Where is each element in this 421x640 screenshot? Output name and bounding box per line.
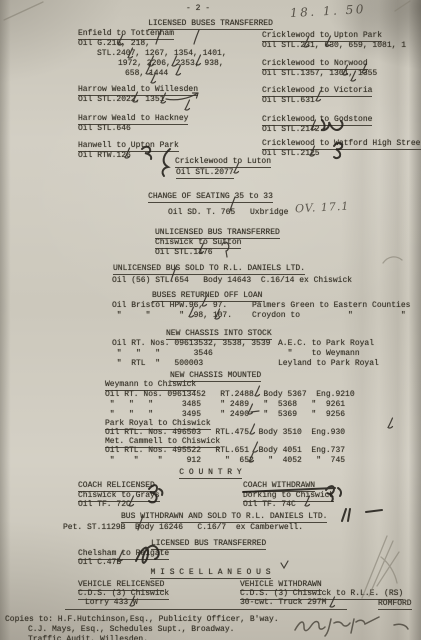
section-heading: C O U N T R Y <box>179 468 241 479</box>
seating-garage: Uxbridge <box>250 208 288 217</box>
section-miscellaneous: M I S C E L L A N E O U S <box>0 568 421 579</box>
loan-row-destination: Croydon to " " <box>252 311 406 320</box>
route-heading: Harrow Weald to Hackney <box>78 114 188 125</box>
section-licensed-buses-transferred: LICENSED BUSES TRANSFERRED <box>0 19 421 30</box>
fleet-numbers: Oil STL.1176 <box>155 248 213 257</box>
mounted-row: Oil RTL. Nos. 495522 RTL.651 Body 4051 E… <box>105 446 345 455</box>
footer-divider <box>65 609 347 610</box>
footer-copies-line: Copies to: H.F.Hutchinson,Esq., Publicit… <box>5 615 279 624</box>
handwritten-seating-note: OV. 17.1 <box>295 200 350 216</box>
section-heading: BUSES RETURNED OFF LOAN <box>152 291 262 302</box>
subsection-heading: COACH RELICENSED <box>78 481 155 492</box>
section-heading: LICENSED BUSES TRANSFERRED <box>148 19 273 30</box>
fleet-numbers: Oil STL.231, 630, 659, 1081, 1 <box>262 41 406 50</box>
loan-row-destination: Palmers Green to Eastern Counties <box>252 301 410 310</box>
mounted-row: " " " 3485 " 2489 " 5368 " 9261 <box>105 400 345 409</box>
fleet-numbers: Oil STL.2022, 1351 <box>78 95 164 104</box>
route-heading: Weymann to Chiswick <box>105 380 196 391</box>
fleet-numbers: Oil TF. 72C <box>78 500 131 509</box>
chassis-row-numbers: " " " 3546 <box>112 349 213 358</box>
section-heading: BUS WITHDRAWN AND SOLD TO R.L. DANIELS L… <box>121 512 327 523</box>
section-change-of-seating: CHANGE OF SEATING 35 to 33 <box>0 192 421 203</box>
mounted-row: " " " 912 " 652 " 4052 " 745 <box>105 456 345 465</box>
section-heading: M I S C E L L A N E O U S <box>150 568 270 579</box>
subsection-heading: COACH WITHDRAWN <box>243 481 315 492</box>
route-heading: Cricklewood to Watford High Street <box>262 139 421 150</box>
route-heading: Hanwell to Upton Park <box>78 141 179 152</box>
fleet-numbers: Oil STL.2172 <box>262 125 320 134</box>
footer-copies-line: Traffic Audit, Willesden. <box>28 635 148 640</box>
garage-name: ROMFORD <box>378 599 412 610</box>
section-buses-returned-off-loan: BUSES RETURNED OFF LOAN <box>152 291 262 300</box>
route-heading: Cricklewood to Upton Park <box>262 31 382 42</box>
page-number: - 2 - <box>168 4 228 13</box>
chassis-row-numbers: " RTL " 500003 <box>112 359 203 368</box>
vehicle-line: Lorry 433 W <box>85 598 138 607</box>
footer-copies-line: C.J. Mays, Esq., Schedules Supt., Broadw… <box>28 625 234 634</box>
mounted-row: Oil RT. Nos. 09613452 RT.2488 Body 5367 … <box>105 390 355 399</box>
route-heading: Cricklewood to Victoria <box>262 86 372 97</box>
document-page: - 2 - 18. 1. 50 LICENSED BUSES TRANSFERR… <box>0 0 421 640</box>
fleet-numbers: 1972, 2206, 2353, 938, <box>118 59 224 68</box>
route-heading: Cricklewood to Godstone <box>262 115 372 126</box>
fleet-numbers: Oil C.47B <box>78 558 121 567</box>
chassis-row-maker: Leyland to Park Royal <box>278 359 379 368</box>
mounted-row: " " " 3495 " 2490 " 5369 " 9256 <box>105 410 345 419</box>
route-heading: Chiswick to Sutton <box>155 238 241 249</box>
chassis-row-maker: A.E.C. to Park Royal <box>278 339 374 348</box>
fleet-numbers: Oil STL.2077 <box>176 168 234 179</box>
mounted-row: Oil RTL. Nos. 496503 RTL.475 Body 3510 E… <box>105 428 345 437</box>
section-heading: UNLICENSED BUS SOLD TO R.L. DANIELS LTD. <box>113 264 305 275</box>
handwritten-signature <box>295 617 408 636</box>
fleet-numbers: Oil G.216, 218, <box>78 39 150 48</box>
section-bus-withdrawn-sold: BUS WITHDRAWN AND SOLD TO R.L. DANIELS L… <box>121 512 327 521</box>
fleet-numbers: Oil STL.646 <box>78 124 131 133</box>
fleet-numbers: Oil STL.631 <box>262 96 315 105</box>
chassis-row-numbers: Oil RT. Nos. 09613532, 3538, 3539 <box>112 339 270 348</box>
route-heading: Harrow Weald to Willesden <box>78 85 198 96</box>
route-heading: Cricklewood to Norwood <box>262 59 368 70</box>
loan-row-vehicles: Oil Bristol HPW.96, 97. <box>112 301 227 310</box>
route-heading: Cricklewood to Luton <box>175 157 271 168</box>
chassis-row-maker: " to Weymann <box>278 349 360 358</box>
handwritten-date: 18. 1. 50 <box>290 2 367 20</box>
section-new-chassis-mounted: NEW CHASSIS MOUNTED <box>170 371 261 380</box>
fleet-numbers: 658, 1444 <box>125 69 168 78</box>
section-country: C O U N T R Y <box>0 468 421 479</box>
route-heading: Enfield to Tottenham <box>78 29 174 40</box>
fleet-numbers: STL.2407, 1267, 1354, 1401, <box>97 49 227 58</box>
section-heading: LICENSED BUS TRANSFERRED <box>151 539 266 550</box>
fleet-numbers: Oil STL.1357, 1301, 1355 <box>262 69 377 78</box>
fleet-numbers: Oil TF. 74C <box>243 500 296 509</box>
section-heading: CHANGE OF SEATING 35 to 33 <box>148 192 273 203</box>
section-heading: NEW CHASSIS INTO STOCK <box>166 329 272 340</box>
section-heading: UNLICENSED BUS TRANSFERRED <box>155 228 280 239</box>
section-new-chassis-into-stock: NEW CHASSIS INTO STOCK <box>166 329 272 338</box>
fleet-numbers: Oil RTW.126 <box>78 151 131 160</box>
fleet-numbers: Pet. ST.1129B Body 16246 C.16/7 ex Cambe… <box>63 523 303 532</box>
loan-row-vehicles: " " " 98, 107. <box>112 311 232 320</box>
vehicle-line: 30-cwt. Truck 297M <box>240 598 326 607</box>
seating-vehicle: Oil SD. T. 765 <box>168 208 235 217</box>
fleet-numbers: Oil (56) STL.654 Body 14643 C.16/14 ex C… <box>112 276 352 285</box>
